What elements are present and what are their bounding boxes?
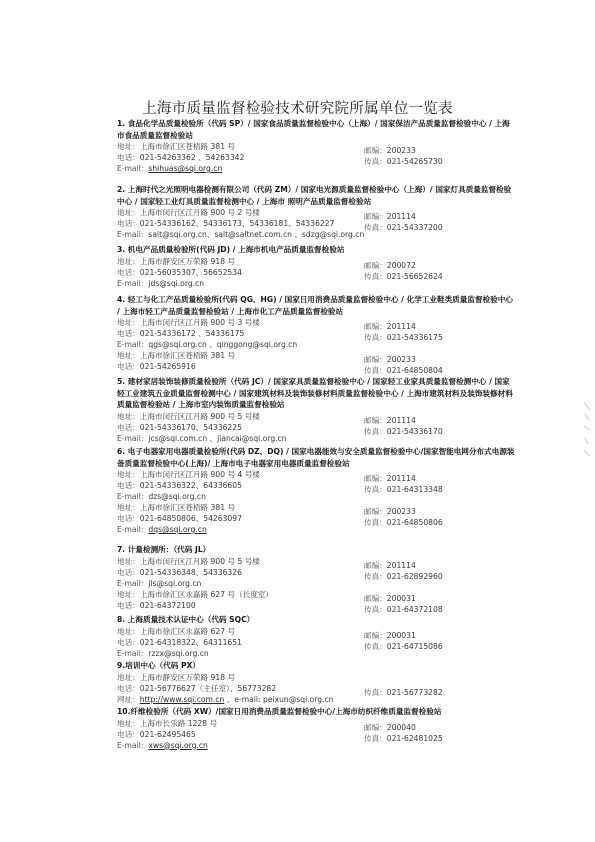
phone: 021-54336162、54336173、54336181、54336227 [140, 219, 335, 228]
entry-2: 2. 上海时代之光照明电器检测有限公司（代码 ZM）/ 国家电光源质量监督检验中… [117, 184, 517, 240]
address: 上海市长乐路 1228 号 [140, 719, 217, 728]
phone: 021-64318322、64311651 [140, 638, 242, 647]
address: 上海市闵行区江月路 900 号 3 号楼 [140, 318, 260, 327]
entry-6: 6. 电子电器家用电器质量检验所(代码 DZ、DQ) / 国家电器能效与安全质量… [117, 446, 517, 535]
phone-secondary: 021-54265916 [140, 362, 196, 371]
entry-heading: 1. 食品化学品质量检验所（代码 SP）/ 国家食品质量监督检验中心（上海）/ … [117, 118, 517, 141]
entry-9: 9.培训中心（代码 PX） 地址：上海市静安区万荣路 918 号 电话：021-… [117, 660, 517, 705]
phone: 021-54263362 、54263342 [140, 153, 245, 162]
entry-4: 4. 轻工与化工产品质量检验所(代码 QG、HG) / 国家日用消费品质量监督检… [117, 294, 517, 372]
entry-heading: 6. 电子电器家用电器质量检验所(代码 DZ、DQ) / 国家电器能效与安全质量… [117, 446, 517, 469]
entry-heading: 10.纤维检验所（代码 XW）/国家日用消费品质量监督检验中心/上海市纺织纤维质… [117, 706, 517, 718]
email-link[interactable]: rzzx@sqi.org.cn [148, 649, 208, 658]
address-secondary: 上海市徐汇区苍梧路 381 号 [140, 503, 235, 512]
email-link[interactable]: sait@sqi.org.cn、salt@saltnet.com.cn 、sdz… [148, 230, 364, 239]
phone-secondary: 021-64372100 [140, 601, 196, 610]
entry-heading: 7. 计量检测所：（代码 JL） [117, 544, 517, 556]
fax-secondary: 021-64850804 [387, 366, 443, 375]
address: 上海市闵行区江月路 900 号 2 号楼 [140, 208, 260, 217]
email-link[interactable]: shihuas@sqi.org.cn [148, 164, 222, 173]
fax-secondary: 021-64372108 [387, 605, 443, 614]
email-link[interactable]: jcs@sqi.com.cn 、jiancai@sqi.org.cn [148, 434, 286, 443]
entry-10: 10.纤维检验所（代码 XW）/国家日用消费品质量监督检验中心/上海市纺织纤维质… [117, 706, 517, 751]
email-link[interactable]: jds@sqi.org.cn [148, 279, 204, 288]
phone: 021-54336348、54336326 [140, 568, 242, 577]
entry-3: 3. 机电产品质量检验所(代码 JD) / 上海市机电产品质量监督检验站 地址：… [117, 244, 517, 289]
email-link[interactable]: xws@sqi.org.cn [148, 741, 207, 750]
email-link[interactable]: jls@sqi.org.cn [148, 579, 201, 588]
entry-1: 1. 食品化学品质量检验所（代码 SP）/ 国家食品质量监督检验中心（上海）/ … [117, 118, 517, 174]
email-link-secondary[interactable]: dqs@sqi.org.cn [148, 525, 206, 534]
seal-stamp-mark [582, 400, 592, 460]
email-link[interactable]: qgs@sqi.org.cn 、qinggong@sqi.org.cn [148, 340, 297, 349]
phone: 021-56776627（主任室）、56773282 [140, 684, 276, 693]
document-page: 上海市质量监督检验技术研究院所属单位一览表 1. 食品化学品质量检验所（代码 S… [0, 0, 595, 842]
address: 上海市闵行区江月路 900 号 5 号楼 [140, 412, 260, 421]
entry-heading: 2. 上海时代之光照明电器检测有限公司（代码 ZM）/ 国家电光源质量监督检验中… [117, 184, 517, 207]
entry-heading: 9.培训中心（代码 PX） [117, 660, 517, 672]
phone: 021-54336322、64336605 [140, 481, 242, 490]
entry-8: 8. 上海质量技术认证中心（代码 SQC） 地址：上海市徐汇区永嘉路 627 号… [117, 614, 517, 659]
entry-heading: 4. 轻工与化工产品质量检验所(代码 QG、HG) / 国家日用消费品质量监督检… [117, 294, 517, 317]
phone: 021-56035307、56652534 [140, 268, 242, 277]
address: 上海市徐汇区永嘉路 627 号 [140, 627, 235, 636]
page-title: 上海市质量监督检验技术研究院所属单位一览表 [0, 97, 595, 118]
address-secondary: 上海市徐汇区苍梧路 381 号 [140, 351, 235, 360]
address-secondary: 上海市徐汇区永嘉路 627 号（长度室） [140, 590, 273, 599]
entry-7: 7. 计量检测所：（代码 JL） 地址：上海市闵行区江月路 900 号 5 号楼… [117, 544, 517, 611]
entry-heading: 3. 机电产品质量检验所(代码 JD) / 上海市机电产品质量监督检验站 [117, 244, 517, 256]
address: 上海市闵行区江月路 900 号 5 号楼 [140, 557, 260, 566]
phone: 021-54336170、54336225 [140, 423, 242, 432]
entry-heading: 8. 上海质量技术认证中心（代码 SQC） [117, 614, 517, 626]
email-link[interactable]: dzs@sqi.org.cn [148, 492, 206, 501]
address: 上海市静安区万荣路 918 号 [140, 257, 235, 266]
phone-secondary: 021-64850806、54263097 [140, 514, 242, 523]
phone: 021-54336172 、54336175 [140, 329, 245, 338]
email-link[interactable]: 、e-mail: peixun@sqi.org.cn [227, 695, 334, 704]
address: 上海市闵行区江月路 900 号 4 号楼 [140, 470, 260, 479]
phone: 021-62495465 [140, 730, 196, 739]
entry-heading: 5. 建材家居装饰装修质量检验所（代码 JC）/ 国家家具质量监督检验中心 / … [117, 376, 517, 411]
address: 上海市徐汇区苍梧路 381 号 [140, 142, 235, 151]
address: 上海市静安区万荣路 918 号 [140, 673, 235, 682]
entry-5: 5. 建材家居装饰装修质量检验所（代码 JC）/ 国家家具质量监督检验中心 / … [117, 376, 517, 444]
website-link[interactable]: http://www.sqi.com.cn [140, 695, 225, 704]
